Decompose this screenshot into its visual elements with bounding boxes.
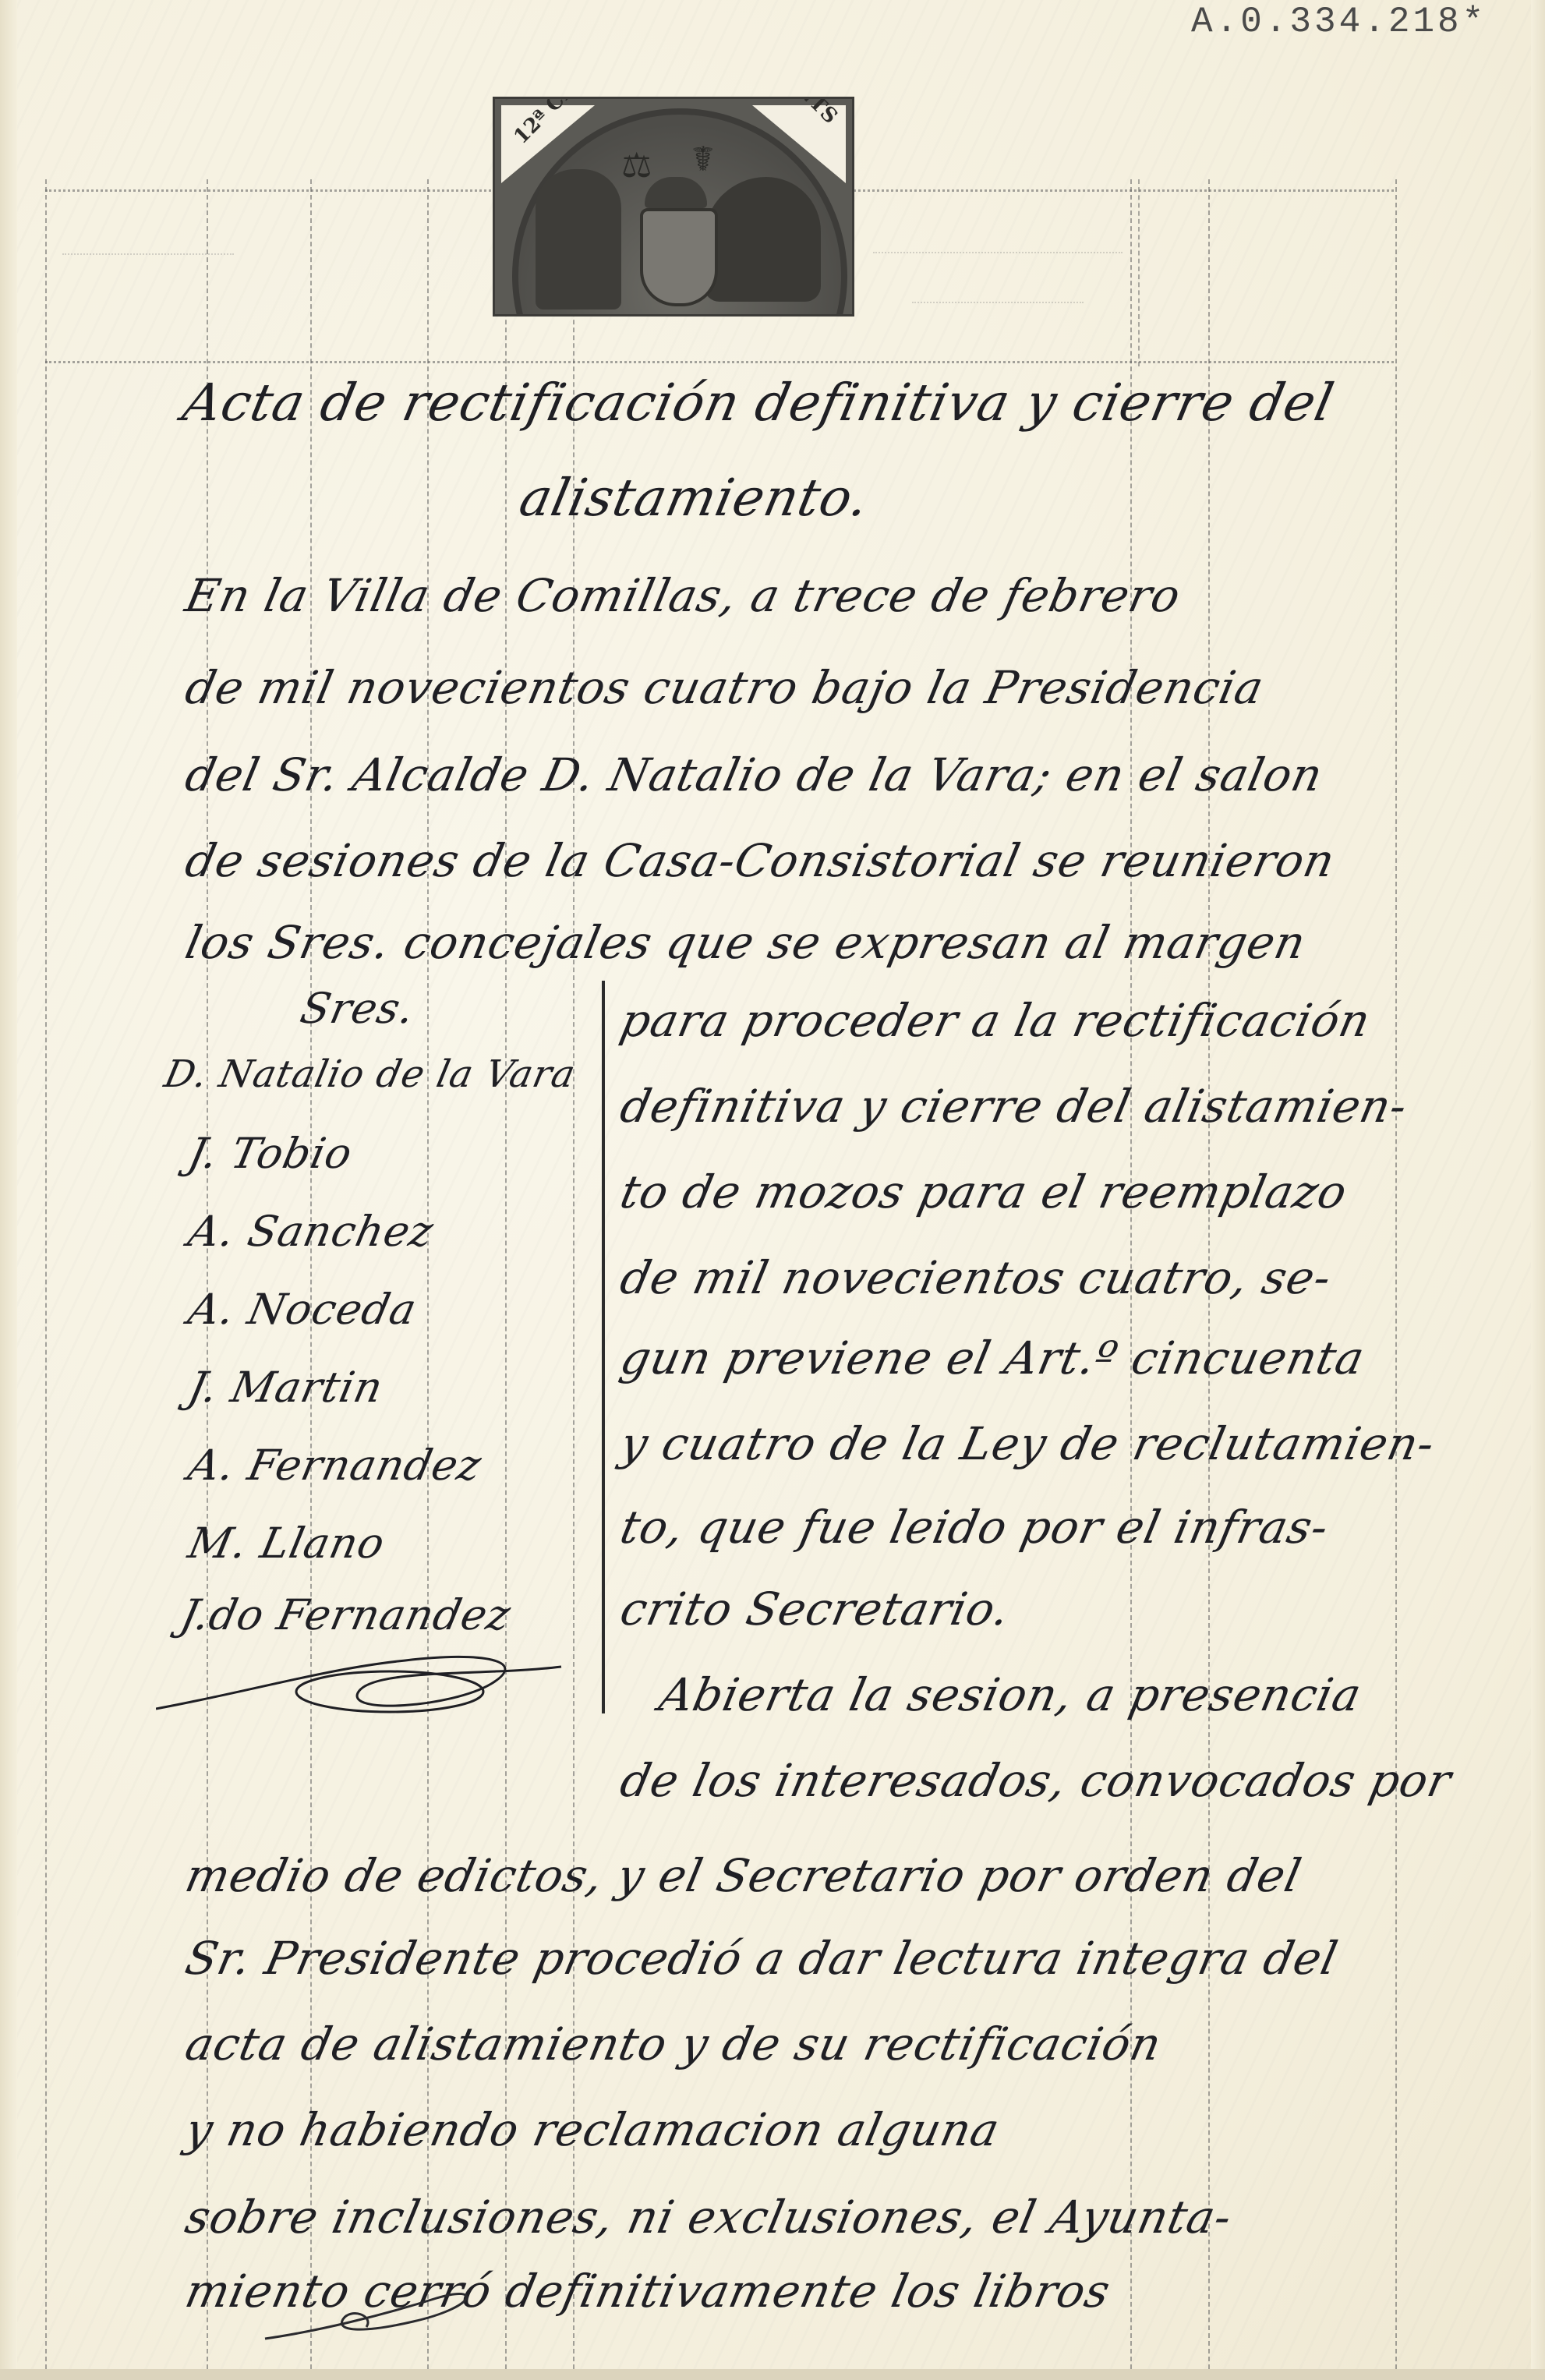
margin-member: J. Tobio	[184, 1129, 357, 1178]
margin-member: M. Llano	[184, 1519, 390, 1568]
margin-member: A. Noceda	[184, 1285, 421, 1334]
rubric-flourish-icon	[156, 1637, 592, 1723]
caduceus-icon: ☤	[691, 140, 714, 179]
lower-body-line: acta de alistamiento y de su rectificaci…	[181, 2018, 1166, 2071]
right-column-line: crito Secretario.	[616, 1583, 1015, 1636]
justice-figure-icon	[536, 169, 621, 309]
right-column-line: definitiva y cierre del alistamien-	[616, 1080, 1412, 1133]
document-page: A.0.334.218* ⚖ ☤ 12ª CLASE 10 CENTS Acta…	[0, 0, 1545, 2380]
right-column-line: to, que fue leido por el infras-	[616, 1501, 1334, 1554]
right-column-line: Abierta la sesion, a presencia	[655, 1668, 1366, 1721]
right-column-line: para proceder a la rectificación	[616, 994, 1375, 1047]
right-column-line: de los interesados, convocados por	[616, 1754, 1456, 1807]
ruled-line-faint	[873, 252, 1123, 253]
ruled-column-line	[45, 179, 47, 2369]
coat-of-arms-icon	[640, 208, 718, 306]
body-line: los Sres. concejales que se expresan al …	[181, 916, 1311, 969]
margin-divider	[602, 981, 605, 1713]
body-line: del Sr. Alcalde D. Natalio de la Vara; e…	[181, 748, 1328, 801]
right-column-line: de mil novecientos cuatro, se-	[616, 1251, 1336, 1304]
ruled-column-line	[1395, 179, 1397, 2369]
paper-right-edge	[1531, 0, 1545, 2380]
serial-number: A.0.334.218*	[1191, 2, 1487, 42]
document-title-line-1: Acta de rectificación definitiva y cierr…	[178, 373, 1339, 433]
scales-icon: ⚖	[621, 146, 652, 186]
margin-header: Sres.	[296, 984, 419, 1033]
ruled-line-faint	[912, 302, 1084, 303]
revenue-stamp: ⚖ ☤ 12ª CLASE 10 CENTS	[493, 97, 854, 317]
ruled-column-line	[1138, 179, 1140, 366]
margin-member: A. Fernandez	[184, 1441, 486, 1490]
right-column-line: to de mozos para el reemplazo	[616, 1165, 1352, 1218]
right-column-line: y cuatro de la Ley de reclutamien-	[616, 1417, 1440, 1470]
paper-bottom-edge	[0, 2369, 1545, 2380]
lion-icon	[704, 177, 821, 302]
lower-body-line: sobre inclusiones, ni exclusiones, el Ay…	[181, 2191, 1237, 2244]
body-line: En la Villa de Comillas, a trece de febr…	[181, 569, 1186, 622]
lower-body-line: Sr. Presidente procedió a dar lectura in…	[181, 1932, 1342, 1985]
right-column-line: gun previene el Art.º cincuenta	[616, 1331, 1370, 1385]
ruled-line-faint	[62, 253, 234, 255]
ruled-line-header	[45, 361, 1394, 363]
body-line: de sesiones de la Casa-Consistorial se r…	[181, 834, 1340, 887]
lower-body-line: y no habiendo reclamacion alguna	[181, 2103, 1005, 2156]
margin-member: J.do Fernandez	[176, 1590, 515, 1639]
document-title-line-2: alistamiento.	[514, 468, 875, 528]
lower-body-line: medio de edictos, y el Secretario por or…	[181, 1849, 1306, 1902]
bottom-rubric-icon	[257, 2284, 491, 2346]
margin-member: J. Martin	[184, 1363, 387, 1412]
paper-left-edge	[0, 0, 17, 2380]
margin-member: D. Natalio de la Vara	[161, 1052, 580, 1096]
margin-member: A. Sanchez	[184, 1207, 438, 1256]
body-line: de mil novecientos cuatro bajo la Presid…	[181, 661, 1269, 714]
